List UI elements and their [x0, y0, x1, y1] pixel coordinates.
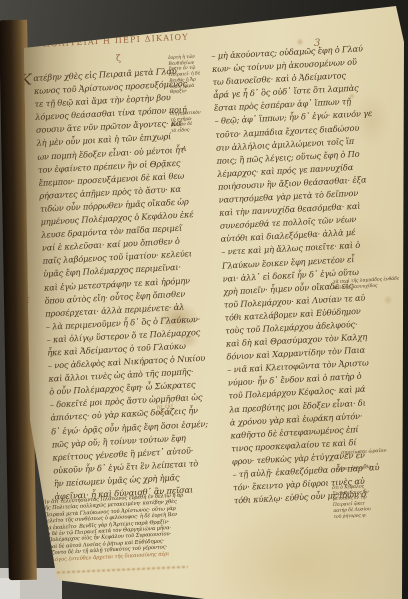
title-ornament: ζ: [116, 54, 121, 64]
text-column-right: – μὴ ἀκούοντας; οὐδαμῶς ἔφη ὁ Γλαύκων· ὡ…: [211, 43, 370, 508]
table-surface-highlight: [0, 578, 20, 599]
text-line: τὸ εἶδος·: [171, 127, 211, 135]
scholium-reference-mark: Α: [182, 146, 186, 153]
title-block: + ΠΛΑΤΩΝΟϹ + ΠΟΛΙΤΕΙΑΙ Η ΠΕΡΙ ΔΙΚΑΙΟΥ: [38, 20, 193, 49]
scholium-bottom-left: φασὶν ὅτι τελευτήσαντος Πλάτωνος εὑρέθη …: [34, 492, 193, 564]
marginal-note-right-upper: τὰ περὶ τῆς λαμπάδος ἐνθάδεκαὶ τῆς παννυ…: [333, 276, 407, 291]
title-work: ΠΟΛΙΤΕΙΑΙ Η ΠΕΡΙ ΔΙΚΑΙΟΥ: [39, 32, 193, 49]
marginal-gloss-light-ink: γρ· ἐκέλευσε: [156, 403, 174, 416]
manuscript-photo: + ΠΛΑΤΩΝΟϹ + ΠΟΛΙΤΕΙΑΙ Η ΠΕΡΙ ΔΙΚΑΙΟΥ ζ …: [0, 0, 408, 599]
ink-offset-stain: [42, 566, 188, 574]
scholium-intercolumn-mid: διηγηματικὸντὸ σχῆμα·μικτὸν δὲτὸ εἶδος·: [170, 110, 211, 135]
text-line: Θρᾳξίν·: [170, 88, 212, 96]
scholium-right-bottom: ὅτι ὁ ΚέφαλοςΣυρακούσιος ἦνμέτοικος ἐν τ…: [332, 482, 408, 520]
text-line: λευσε: [156, 409, 173, 416]
text-column-left: ατέβην χθὲς εἰς Πειραιᾶ μετὰ Γλαύκωνος τ…: [33, 65, 187, 503]
parchment-page: + ΠΛΑΤΩΝΟϹ + ΠΟΛΙΤΕΙΑΙ Η ΠΕΡΙ ΔΙΚΑΙΟΥ ζ …: [0, 0, 408, 599]
scholium-intercolumn-top: ἑορτὴ ἡ τῶνΒενδιδείωνἤγετο ἐν τῷΠειραιεῖ…: [168, 54, 212, 96]
